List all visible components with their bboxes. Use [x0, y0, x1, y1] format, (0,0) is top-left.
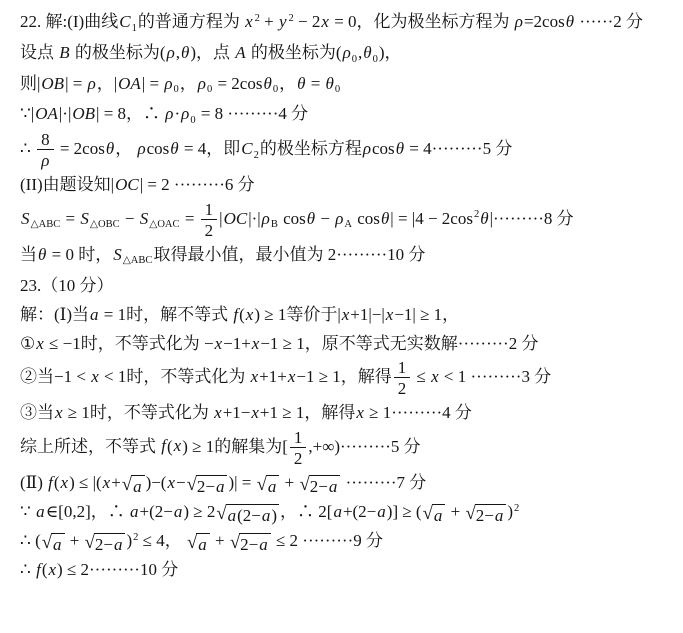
- math-variable: ρ: [40, 151, 50, 170]
- p23-line-8: ∵ a∈[0,2]，∴ a+(2−a) ≥ 2√a(2−a)，∴ 2[a+(2−…: [20, 497, 675, 526]
- text-run: ≥ 1·········4 分: [365, 403, 472, 422]
- text-run: =: [306, 74, 324, 93]
- math-variable: x: [102, 473, 112, 492]
- text-run: ) ≤ |(: [69, 473, 102, 492]
- text-run: 2−: [240, 535, 258, 554]
- text-run: ······2 分: [575, 12, 643, 31]
- math-variable: ρ: [87, 74, 97, 93]
- text-run: )，: [379, 43, 402, 62]
- math-variable: OC: [114, 175, 140, 194]
- math-variable: a: [52, 535, 63, 554]
- math-variable: x: [250, 403, 260, 422]
- math-variable: x: [385, 305, 395, 324]
- text-run: ≤ 2 ·········9 分: [272, 531, 383, 550]
- p23-line-6: 综上所述，不等式 f(x) ≥ 1的解集为[12,+∞)·········5 分: [20, 428, 675, 468]
- p22-line-1: 22. 解:(I)曲线C1的普通方程为 x2 + y2 − 2x = 0，化为极…: [20, 7, 675, 38]
- math-variable: B: [58, 43, 70, 62]
- math-variable: a: [215, 477, 226, 496]
- math-variable: ρ: [180, 104, 190, 123]
- radicand: 2−a: [309, 475, 341, 497]
- math-variable: A: [234, 43, 246, 62]
- text-run: 则|: [20, 74, 40, 93]
- text-run: +: [211, 531, 229, 550]
- text-run: ，: [279, 74, 296, 93]
- math-variable: x: [213, 403, 223, 422]
- numerator: 8: [37, 130, 54, 150]
- denominator: ρ: [40, 150, 50, 170]
- radicand: a: [266, 475, 280, 497]
- math-variable: ρ: [514, 12, 524, 31]
- text-run: 解：(Ⅰ)当: [20, 305, 89, 324]
- subscript: 0: [335, 84, 341, 95]
- text-run: −1+: [223, 334, 251, 353]
- text-run: ∴ (: [20, 531, 41, 550]
- math-variable: x: [320, 12, 330, 31]
- text-run: ，: [115, 139, 136, 158]
- text-run: cos: [279, 209, 306, 228]
- math-variable: ρ: [261, 209, 271, 228]
- text-run: 2−: [476, 506, 494, 525]
- text-run: 2−: [95, 535, 113, 554]
- math-variable: x: [251, 334, 261, 353]
- text-run: cos: [147, 139, 170, 158]
- text-run: 1: [205, 200, 214, 219]
- p23-line-9: ∴ (√a + √2−a)2 ≤ 4， √a + √2−a ≤ 2 ······…: [20, 526, 675, 555]
- text-run: 综上所述，不等式: [20, 436, 160, 455]
- text-run: (: [167, 436, 173, 455]
- text-run: | = |4 − 2cos: [390, 209, 473, 228]
- text-run: |·|: [248, 209, 260, 228]
- math-variable: x: [47, 560, 57, 579]
- math-variable: x: [60, 473, 70, 492]
- text-run: ②当−1 <: [20, 367, 90, 386]
- subscript: B: [271, 219, 279, 230]
- text-run: ∴: [20, 560, 35, 579]
- math-variable: x: [287, 367, 297, 386]
- p23-line-5: ③当x ≥ 1时，不等式化为 x+1−x+1 ≥ 1，解得x ≥ 1······…: [20, 398, 675, 427]
- p22-line-6: (II)由题设知|OC| = 2 ·········6 分: [20, 170, 675, 199]
- text-run: +: [260, 12, 278, 31]
- math-variable: S: [20, 209, 31, 228]
- text-run: =: [181, 209, 199, 228]
- p23-line-7: (Ⅱ) f(x) ≤ |(x+√a)−(x−√2−a)| = √a + √2−a…: [20, 468, 675, 497]
- text-run: = 4·········5 分: [405, 139, 512, 158]
- text-run: )] ≥ (: [387, 502, 422, 521]
- p23-line-2: 解：(Ⅰ)当a = 1时，解不等式 f(x) ≥ 1等价于|x+1|−|x−1|…: [20, 300, 675, 329]
- p23-line-3: ①x ≤ −1时，不等式化为 −x−1+x−1 ≥ 1，原不等式无实数解····…: [20, 329, 675, 358]
- text-run: −: [121, 209, 139, 228]
- sqrt-radical: √a: [122, 475, 145, 497]
- text-run: ,+∞)·········5 分: [308, 436, 420, 455]
- math-variable: x: [341, 305, 351, 324]
- text-run: ∵: [20, 502, 35, 521]
- p22-line-2: 设点 B 的极坐标为(ρ,θ)，点 A 的极坐标为(ρ0,θ0)，: [20, 38, 675, 69]
- math-variable: x: [35, 334, 45, 353]
- text-run: ≤ 4，: [138, 531, 186, 550]
- math-variable: S: [139, 209, 150, 228]
- math-variable: OA: [117, 74, 142, 93]
- math-variable: θ: [306, 209, 316, 228]
- math-variable: ρ: [197, 74, 207, 93]
- denominator: 2: [205, 220, 214, 240]
- p22-line-3: 则|OB| = ρ，|OA| = ρ0，ρ0 = 2cosθ0，θ = θ0: [20, 69, 675, 100]
- text-run: 1: [398, 358, 407, 377]
- subscript: △ABC: [123, 255, 154, 266]
- numerator: 1: [201, 200, 218, 220]
- text-run: = 2cos: [213, 74, 262, 93]
- text-run: −1 ≥ 1，原不等式无实数解·········2 分: [260, 334, 538, 353]
- math-variable: ρ: [362, 139, 372, 158]
- problem-23: 23.（10 分）解：(Ⅰ)当a = 1时，解不等式 f(x) ≥ 1等价于|x…: [20, 271, 675, 585]
- text-run: (Ⅱ): [20, 473, 47, 492]
- text-run: (: [54, 473, 60, 492]
- text-run: ∴: [20, 139, 35, 158]
- radicand: a: [432, 504, 446, 526]
- text-run: = 0 时，: [47, 245, 112, 264]
- text-run: (2−: [237, 506, 261, 525]
- math-variable: θ: [296, 74, 306, 93]
- text-run: | = 8，∴: [96, 104, 164, 123]
- radicand: 2−a: [94, 533, 126, 555]
- math-variable: x: [90, 367, 100, 386]
- math-variable: θ: [362, 43, 372, 62]
- text-run: +: [280, 473, 298, 492]
- math-variable: S: [79, 209, 90, 228]
- math-variable: x: [166, 473, 176, 492]
- p22-line-4: ∵|OA|·|OB| = 8，∴ ρ·ρ0 = 8 ·········4 分: [20, 99, 675, 130]
- text-run: )−(: [146, 473, 167, 492]
- math-variable: θ: [37, 245, 47, 264]
- math-variable: x: [173, 436, 183, 455]
- denominator: 2: [398, 378, 407, 398]
- text-run: < 1时，不等式化为: [100, 367, 250, 386]
- math-variable: ρ: [334, 209, 344, 228]
- math-variable: θ: [565, 12, 575, 31]
- math-variable: ρ: [136, 139, 146, 158]
- fraction: 8ρ: [37, 130, 54, 170]
- text-run: = 1时，解不等式: [100, 305, 233, 324]
- answer-sheet: 22. 解:(I)曲线C1的普通方程为 x2 + y2 − 2x = 0，化为极…: [0, 0, 683, 585]
- text-run: 设点: [20, 43, 58, 62]
- text-run: −: [176, 473, 186, 492]
- math-variable: θ: [325, 74, 335, 93]
- math-variable: x: [244, 12, 254, 31]
- math-variable: a: [376, 502, 387, 521]
- math-variable: ρ: [163, 74, 173, 93]
- text-run: ，|: [97, 74, 117, 93]
- math-variable: S: [112, 245, 123, 264]
- math-variable: a: [261, 506, 272, 525]
- fraction: 12: [394, 358, 411, 398]
- text-run: +1+: [259, 367, 287, 386]
- text-run: |·|: [59, 104, 71, 123]
- text-run: ∈[0,2]，∴: [46, 502, 129, 521]
- math-variable: OB: [40, 74, 65, 93]
- sqrt-radical: √a: [42, 533, 65, 555]
- math-variable: y: [278, 12, 288, 31]
- math-variable: a: [328, 477, 339, 496]
- radicand: 2−a: [475, 504, 507, 526]
- sqrt-radical: √a: [187, 533, 210, 555]
- fraction: 12: [201, 200, 218, 240]
- text-run: = 4，即: [180, 139, 241, 158]
- text-run: (: [239, 305, 245, 324]
- text-run: −1 ≥ 1，解得: [296, 367, 391, 386]
- text-run: 的极坐标方程: [260, 139, 362, 158]
- superscript: 2: [513, 503, 519, 514]
- text-run: 23.（10 分）: [20, 276, 114, 295]
- math-variable: OB: [71, 104, 96, 123]
- text-run: =: [61, 209, 79, 228]
- radicand: a: [51, 533, 65, 555]
- radicand: a(2−a): [226, 504, 279, 526]
- text-run: +1−: [223, 403, 251, 422]
- math-variable: OC: [223, 209, 249, 228]
- text-run: ③当: [20, 403, 54, 422]
- subscript: △OBC: [90, 219, 121, 230]
- subscript: A: [344, 219, 353, 230]
- text-run: ) ≥ 1的解集为[: [182, 436, 288, 455]
- fraction: 12: [290, 428, 307, 468]
- math-variable: C: [118, 12, 131, 31]
- text-run: | = 2 ·········6 分: [140, 175, 255, 194]
- numerator: 1: [394, 358, 411, 378]
- text-run: +: [66, 531, 84, 550]
- subscript: △OAC: [149, 219, 180, 230]
- radicand: 2−a: [239, 533, 271, 555]
- text-run: +1 ≥ 1，解得: [260, 403, 355, 422]
- subscript: △ABC: [31, 219, 62, 230]
- text-run: ·········7 分: [341, 473, 426, 492]
- p23-line-1: 23.（10 分）: [20, 271, 675, 300]
- math-variable: a: [332, 502, 343, 521]
- sqrt-radical: √a(2−a): [216, 504, 279, 526]
- text-run: 取得最小值，最小值为 2·········10 分: [153, 245, 425, 264]
- p23-line-10: ∴ f(x) ≤ 2·········10 分: [20, 555, 675, 584]
- math-variable: θ: [262, 74, 272, 93]
- p22-line-7: S△ABC = S△OBC − S△OAC = 12|OC|·|ρB cosθ …: [20, 200, 675, 240]
- text-run: +(2−: [343, 502, 376, 521]
- math-variable: f: [47, 473, 54, 492]
- text-run: 的极坐标为(: [71, 43, 166, 62]
- text-run: < 1 ·········3 分: [440, 367, 552, 386]
- text-run: ，: [180, 74, 197, 93]
- sqrt-radical: √2−a: [300, 475, 341, 497]
- text-run: 2: [294, 449, 303, 468]
- text-run: ) ≤ 2·········10 分: [57, 560, 178, 579]
- math-variable: a: [494, 506, 505, 525]
- math-variable: x: [355, 403, 365, 422]
- text-run: 当: [20, 245, 37, 264]
- math-variable: a: [129, 502, 140, 521]
- text-run: ①: [20, 334, 35, 353]
- text-run: 1: [294, 428, 303, 447]
- text-run: ≤: [412, 367, 430, 386]
- math-variable: a: [227, 506, 238, 525]
- text-run: |·········8 分: [490, 209, 574, 228]
- math-variable: f: [160, 436, 167, 455]
- text-run: ): [271, 506, 277, 525]
- math-variable: a: [132, 477, 143, 496]
- math-variable: x: [250, 367, 260, 386]
- text-run: +: [446, 502, 464, 521]
- text-run: ≥ 1时，不等式化为: [64, 403, 214, 422]
- text-run: cos: [372, 139, 395, 158]
- math-variable: a: [113, 535, 124, 554]
- text-run: )| =: [228, 473, 255, 492]
- text-run: 的极坐标为(: [247, 43, 342, 62]
- text-run: cos: [353, 209, 380, 228]
- math-variable: ρ: [166, 43, 176, 62]
- text-run: ) ≥ 2: [183, 502, 215, 521]
- sqrt-radical: √2−a: [230, 533, 271, 555]
- text-run: +1|−|: [350, 305, 384, 324]
- text-run: +: [111, 473, 121, 492]
- math-variable: θ: [105, 139, 115, 158]
- text-run: = 8 ·········4 分: [197, 104, 309, 123]
- math-variable: x: [245, 305, 255, 324]
- denominator: 2: [294, 448, 303, 468]
- math-variable: a: [35, 502, 46, 521]
- text-run: )，点: [190, 43, 234, 62]
- text-run: =2cos: [524, 12, 565, 31]
- radicand: a: [131, 475, 145, 497]
- math-variable: a: [433, 506, 444, 525]
- sqrt-radical: √a: [257, 475, 280, 497]
- numerator: 1: [290, 428, 307, 448]
- text-run: ，∴ 2[: [280, 502, 332, 521]
- math-variable: ρ: [164, 104, 174, 123]
- math-variable: θ: [395, 139, 405, 158]
- p22-line-8: 当θ = 0 时，S△ABC取得最小值，最小值为 2·········10 分: [20, 240, 675, 271]
- math-variable: OA: [34, 104, 59, 123]
- sqrt-radical: √2−a: [465, 504, 506, 526]
- math-variable: a: [173, 502, 184, 521]
- text-run: 2−: [310, 477, 328, 496]
- math-variable: θ: [479, 209, 489, 228]
- math-variable: x: [54, 403, 64, 422]
- problem-22: 22. 解:(I)曲线C1的普通方程为 x2 + y2 − 2x = 0，化为极…: [20, 7, 675, 271]
- p23-line-4: ②当−1 < x < 1时，不等式化为 x+1+x−1 ≥ 1，解得12 ≤ x…: [20, 358, 675, 398]
- sqrt-radical: √2−a: [85, 533, 126, 555]
- text-run: 2: [205, 221, 214, 240]
- math-variable: ρ: [342, 43, 352, 62]
- text-run: 22. 解:(I)曲线: [20, 12, 118, 31]
- math-variable: θ: [380, 209, 390, 228]
- text-run: −: [316, 209, 334, 228]
- math-variable: x: [214, 334, 224, 353]
- text-run: 2−: [197, 477, 215, 496]
- math-variable: a: [258, 535, 269, 554]
- p22-line-5: ∴ 8ρ = 2cosθ， ρcosθ = 4，即C2的极坐标方程ρcosθ =…: [20, 130, 675, 170]
- radicand: 2−a: [196, 475, 228, 497]
- radicand: a: [196, 533, 210, 555]
- math-variable: C: [240, 139, 253, 158]
- text-run: | =: [65, 74, 87, 93]
- math-variable: θ: [180, 43, 190, 62]
- math-variable: x: [430, 367, 440, 386]
- text-run: | =: [142, 74, 164, 93]
- text-run: ) ≥ 1等价于|: [254, 305, 340, 324]
- text-run: = 2cos: [56, 139, 105, 158]
- text-run: (II)由题设知|: [20, 175, 114, 194]
- math-variable: a: [197, 535, 208, 554]
- math-variable: a: [89, 305, 100, 324]
- text-run: −1| ≥ 1，: [394, 305, 459, 324]
- math-variable: a: [267, 477, 278, 496]
- math-variable: f: [35, 560, 42, 579]
- text-run: ≤ −1时，不等式化为 −: [45, 334, 214, 353]
- text-run: 的普通方程为: [138, 12, 244, 31]
- text-run: = 0，化为极坐标方程为: [330, 12, 514, 31]
- text-run: − 2: [294, 12, 321, 31]
- text-run: +(2−: [139, 502, 172, 521]
- text-run: ∵|: [20, 104, 34, 123]
- sqrt-radical: √2−a: [187, 475, 228, 497]
- sqrt-radical: √a: [423, 504, 446, 526]
- text-run: 2: [398, 379, 407, 398]
- math-variable: θ: [169, 139, 179, 158]
- text-run: 8: [41, 130, 50, 149]
